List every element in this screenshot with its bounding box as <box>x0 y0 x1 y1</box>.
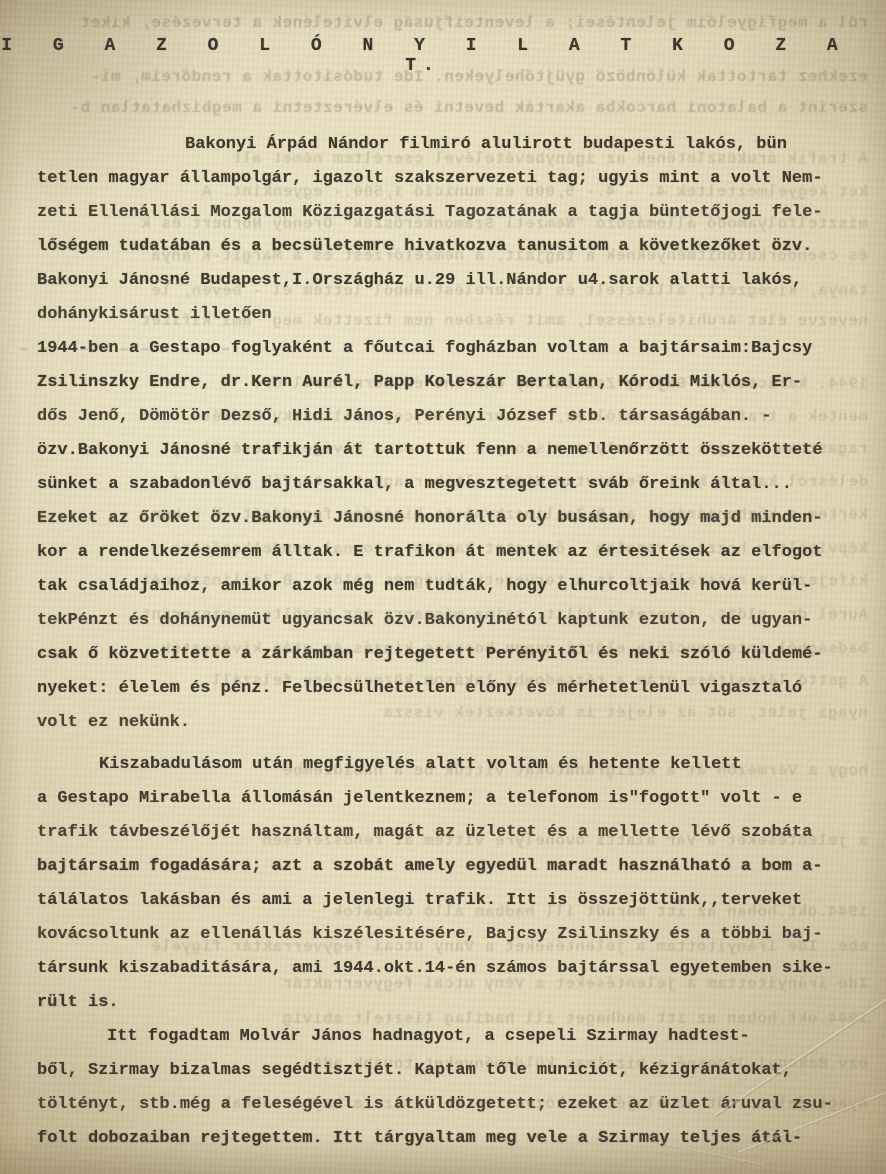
text-line: tak családjaihoz, amikor azok még nem tu… <box>37 570 843 604</box>
text-line: folt dobozaiban rejtegettem. Itt tárgyal… <box>37 1122 843 1156</box>
text-line: a Gestapo Mirabella állomásán jelentkezn… <box>37 782 843 816</box>
text-line: Bakonyi Árpád Nándor filmiró alulirott b… <box>37 128 843 162</box>
text-line: Bakonyi Jánosné Budapest,I.Országház u.2… <box>37 264 843 298</box>
text-line: nyeket: élelem és pénz. Felbecsülhetetle… <box>37 672 843 706</box>
document-title: I G A Z O L Ó N Y I L A T K O Z A T. <box>0 36 846 76</box>
bleedthrough-text: ról a megfigyelőim jelentései; a levente… <box>18 14 868 32</box>
document-body: Bakonyi Árpád Nándor filmiró alulirott b… <box>37 128 843 1156</box>
text-line: tetlen magyar állampolgár, igazolt szaks… <box>37 162 843 196</box>
text-line: ből, Szirmay bizalmas segédtisztjét. Kap… <box>37 1054 843 1088</box>
text-line: társunk kiszabaditására, ami 1944.okt.14… <box>37 952 843 986</box>
text-line: 1944-ben a Gestapo foglyaként a főutcai … <box>37 332 843 366</box>
text-line: tekPénzt és dohánynemüt ugyancsak özv.Ba… <box>37 604 843 638</box>
text-line: sünket a szabadonlévő bajtársakkal, a me… <box>37 468 843 502</box>
text-line: zeti Ellenállási Mozgalom Közigazgatási … <box>37 196 843 230</box>
text-line: dős Jenő, Dömötör Dezső, Hidi János, Per… <box>37 400 843 434</box>
paragraph-1: Bakonyi Árpád Nándor filmiró alulirott b… <box>37 128 843 740</box>
text-line: töltényt, stb.még a feleségével is átkül… <box>37 1088 843 1122</box>
text-line: lőségem tudatában és a becsületemre hiva… <box>37 230 843 264</box>
text-line: dohánykisárust illetően <box>37 298 843 332</box>
text-line: özv.Bakonyi Jánosné trafikján át tartott… <box>37 434 843 468</box>
text-line: Itt fogadtam Molvár János hadnagyot, a c… <box>37 1020 843 1054</box>
text-line: rült is. <box>37 986 843 1020</box>
scanned-document-page: ról a megfigyelőim jelentései; a levente… <box>0 0 886 1174</box>
text-line: kor a rendelkezésemrem álltak. E trafiko… <box>37 536 843 570</box>
text-line: Kiszabadulásom után megfigyelés alatt vo… <box>37 748 843 782</box>
text-line: csak ő közvetitette a zárkámban rejteget… <box>37 638 843 672</box>
text-line: tálálatos lakásban és ami a jelenlegi tr… <box>37 884 843 918</box>
bleedthrough-text: szerint a balatoni harcokba akarták beve… <box>18 99 868 117</box>
text-line: bajtársaim fogadására; azt a szobát amel… <box>37 850 843 884</box>
paragraph-3: Itt fogadtam Molvár János hadnagyot, a c… <box>37 1020 843 1156</box>
text-line: kovácsoltunk az ellenállás kiszélesitésé… <box>37 918 843 952</box>
text-line: trafik távbeszélőjét használtam, magát a… <box>37 816 843 850</box>
text-line: Ezeket az őröket özv.Bakonyi Jánosné hon… <box>37 502 843 536</box>
text-line: volt ez nekünk. <box>37 706 843 740</box>
paragraph-2: Kiszabadulásom után megfigyelés alatt vo… <box>37 748 843 1020</box>
text-line: Zsilinszky Endre, dr.Kern Aurél, Papp Ko… <box>37 366 843 400</box>
